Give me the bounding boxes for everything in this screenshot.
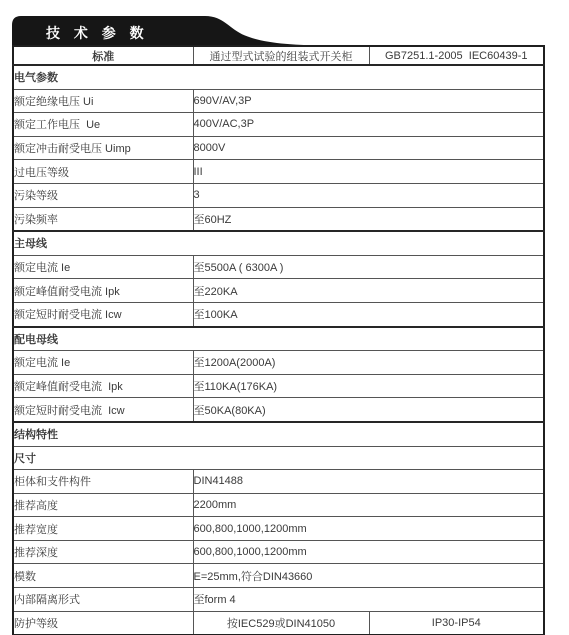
page-title: 技 术 参 数 bbox=[46, 23, 149, 43]
param-value-cell: 至100KA bbox=[193, 302, 544, 326]
param-value-cell: E=25mm,符合DIN43660 bbox=[193, 564, 544, 588]
section-label-cell: 配电母线 bbox=[13, 327, 544, 351]
param-value-cell: 至220KA bbox=[193, 279, 544, 303]
row-head-cell: 标准 bbox=[13, 46, 193, 65]
param-label-cell: 额定短时耐受电流 Icw bbox=[13, 302, 193, 326]
param-label-cell: 污染频率 bbox=[13, 207, 193, 231]
table-row: 推荐宽度600,800,1000,1200mm bbox=[13, 517, 544, 541]
table-row: 模数E=25mm,符合DIN43660 bbox=[13, 564, 544, 588]
param-label-cell: 额定绝缘电压 Ui bbox=[13, 89, 193, 113]
param-value-cell: 至110KA(176KA) bbox=[193, 374, 544, 398]
param-value-cell: 2200mm bbox=[193, 493, 544, 517]
param-value-cell: 至60HZ bbox=[193, 207, 544, 231]
param-label-cell: 推荐高度 bbox=[13, 493, 193, 517]
param-label-cell: 额定峰值耐受电流 Ipk bbox=[13, 279, 193, 303]
table-row: 额定绝缘电压 Ui690V/AV,3P bbox=[13, 89, 544, 113]
param-label-cell: 推荐宽度 bbox=[13, 517, 193, 541]
table-row: 额定冲击耐受电压 Uimp8000V bbox=[13, 136, 544, 160]
param-label-cell: 额定冲击耐受电压 Uimp bbox=[13, 136, 193, 160]
row-end-cell: GB7251.1-2005 IEC60439-1 bbox=[369, 46, 544, 65]
table-row: 标准通过型式试验的组装式开关柜GB7251.1-2005 IEC60439-1 bbox=[13, 46, 544, 65]
section-row: 配电母线 bbox=[13, 327, 544, 351]
section-row: 电气参数 bbox=[13, 65, 544, 89]
table-row: 额定工作电压 Ue400V/AC,3P bbox=[13, 113, 544, 137]
table-row: 柜体和支件构件DIN41488 bbox=[13, 470, 544, 494]
param-label-cell: 额定工作电压 Ue bbox=[13, 113, 193, 137]
row-mid-cell: 按IEC529或DIN41050 bbox=[193, 611, 369, 635]
section-label-cell: 主母线 bbox=[13, 231, 544, 255]
table-row: 推荐高度2200mm bbox=[13, 493, 544, 517]
table-row: 额定电流 Ie至1200A(2000A) bbox=[13, 351, 544, 375]
param-value-cell: III bbox=[193, 160, 544, 184]
param-value-cell: 400V/AC,3P bbox=[193, 113, 544, 137]
row-head-cell: 防护等级 bbox=[13, 611, 193, 635]
table-row: 额定峰值耐受电流 Ipk至110KA(176KA) bbox=[13, 374, 544, 398]
param-value-cell: 600,800,1000,1200mm bbox=[193, 517, 544, 541]
table-row: 额定峰值耐受电流 Ipk至220KA bbox=[13, 279, 544, 303]
param-value-cell: 8000V bbox=[193, 136, 544, 160]
param-label-cell: 柜体和支件构件 bbox=[13, 470, 193, 494]
table-row: 推荐深度600,800,1000,1200mm bbox=[13, 540, 544, 564]
param-label-cell: 推荐深度 bbox=[13, 540, 193, 564]
param-label-cell: 额定电流 Ie bbox=[13, 255, 193, 279]
table-row: 额定电流 Ie至5500A ( 6300A ) bbox=[13, 255, 544, 279]
param-value-cell: 至1200A(2000A) bbox=[193, 351, 544, 375]
section-row: 主母线 bbox=[13, 231, 544, 255]
section-label-cell: 结构特性 bbox=[13, 422, 544, 446]
param-value-cell: 至5500A ( 6300A ) bbox=[193, 255, 544, 279]
datasheet-page: 技 术 参 数 标准通过型式试验的组装式开关柜GB7251.1-2005 IEC… bbox=[0, 0, 569, 635]
tech-params-table: 标准通过型式试验的组装式开关柜GB7251.1-2005 IEC60439-1电… bbox=[12, 45, 545, 635]
section-label-cell: 尺寸 bbox=[13, 446, 544, 470]
param-label-cell: 污染等级 bbox=[13, 183, 193, 207]
section-label-cell: 电气参数 bbox=[13, 65, 544, 89]
table-row: 防护等级按IEC529或DIN41050IP30-IP54 bbox=[13, 611, 544, 635]
param-value-cell: 600,800,1000,1200mm bbox=[193, 540, 544, 564]
table-row: 污染等级3 bbox=[13, 183, 544, 207]
param-label-cell: 模数 bbox=[13, 564, 193, 588]
row-end-cell: IP30-IP54 bbox=[369, 611, 544, 635]
section-row: 结构特性 bbox=[13, 422, 544, 446]
param-value-cell: 690V/AV,3P bbox=[193, 89, 544, 113]
table-row: 额定短时耐受电流 Icw至50KA(80KA) bbox=[13, 398, 544, 422]
param-value-cell: DIN41488 bbox=[193, 470, 544, 494]
table-row: 内部隔离形式至form 4 bbox=[13, 588, 544, 612]
param-label-cell: 内部隔离形式 bbox=[13, 588, 193, 612]
table-row: 过电压等级III bbox=[13, 160, 544, 184]
table-row: 污染频率至60HZ bbox=[13, 207, 544, 231]
tech-params-body: 标准通过型式试验的组装式开关柜GB7251.1-2005 IEC60439-1电… bbox=[13, 46, 544, 635]
param-value-cell: 3 bbox=[193, 183, 544, 207]
param-label-cell: 过电压等级 bbox=[13, 160, 193, 184]
param-value-cell: 至form 4 bbox=[193, 588, 544, 612]
param-label-cell: 额定峰值耐受电流 Ipk bbox=[13, 374, 193, 398]
table-row: 额定短时耐受电流 Icw至100KA bbox=[13, 302, 544, 326]
row-mid-cell: 通过型式试验的组装式开关柜 bbox=[193, 46, 369, 65]
section-row: 尺寸 bbox=[13, 446, 544, 470]
param-value-cell: 至50KA(80KA) bbox=[193, 398, 544, 422]
param-label-cell: 额定短时耐受电流 Icw bbox=[13, 398, 193, 422]
param-label-cell: 额定电流 Ie bbox=[13, 351, 193, 375]
